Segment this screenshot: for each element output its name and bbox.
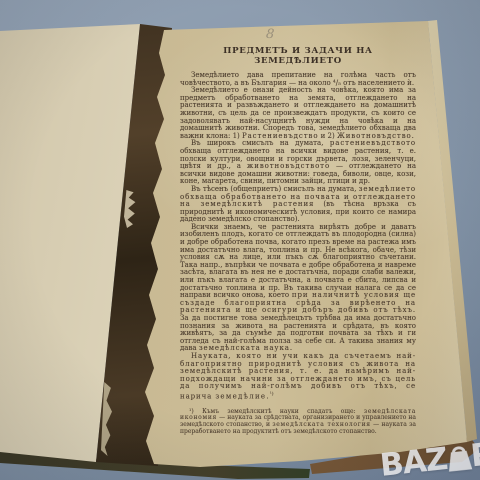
paragraph-intro: Земедѣлието дава препитание на голѣма ча… xyxy=(180,72,416,87)
footnote-reference: ¹) xyxy=(270,392,274,397)
page-content: ПРЕДМЕТЪ И ЗАДАЧИ НА ЗЕМЕДѢЛИЕТО Земедѣл… xyxy=(180,38,416,435)
text-segment: Всички знаемъ, че растенията вирѣятъ доб… xyxy=(180,223,416,299)
page-title: ПРЕДМЕТЪ И ЗАДАЧИ НА ЗЕМЕДѢЛИЕТО xyxy=(180,46,416,66)
watermark-text-left: BAZ xyxy=(379,444,449,480)
footnote: ¹) Къмъ земедѣлскитѣ науки спадатъ още: … xyxy=(180,409,416,435)
paragraph-definition: Земедѣлието е онази дейность на човѣка, … xyxy=(180,87,416,140)
paragraph-broad-sense: Въ широкъ смисълъ на думата, растениевъд… xyxy=(180,140,416,186)
shopping-bag-icon xyxy=(444,441,474,473)
text-segment-term: земедѣлие. xyxy=(215,392,270,400)
paragraph-narrow-sense: Въ тѣсенъ (общеприетъ) смисълъ на думата… xyxy=(180,186,416,224)
paragraph-science-definition: Науката, която ни учи какъ да съчетаемъ … xyxy=(180,353,416,401)
paragraph-conditions: Всички знаемъ, че растенията вирѣятъ доб… xyxy=(180,224,416,353)
text-segment: Земедѣлието дава препитание на голѣма ча… xyxy=(180,71,416,87)
